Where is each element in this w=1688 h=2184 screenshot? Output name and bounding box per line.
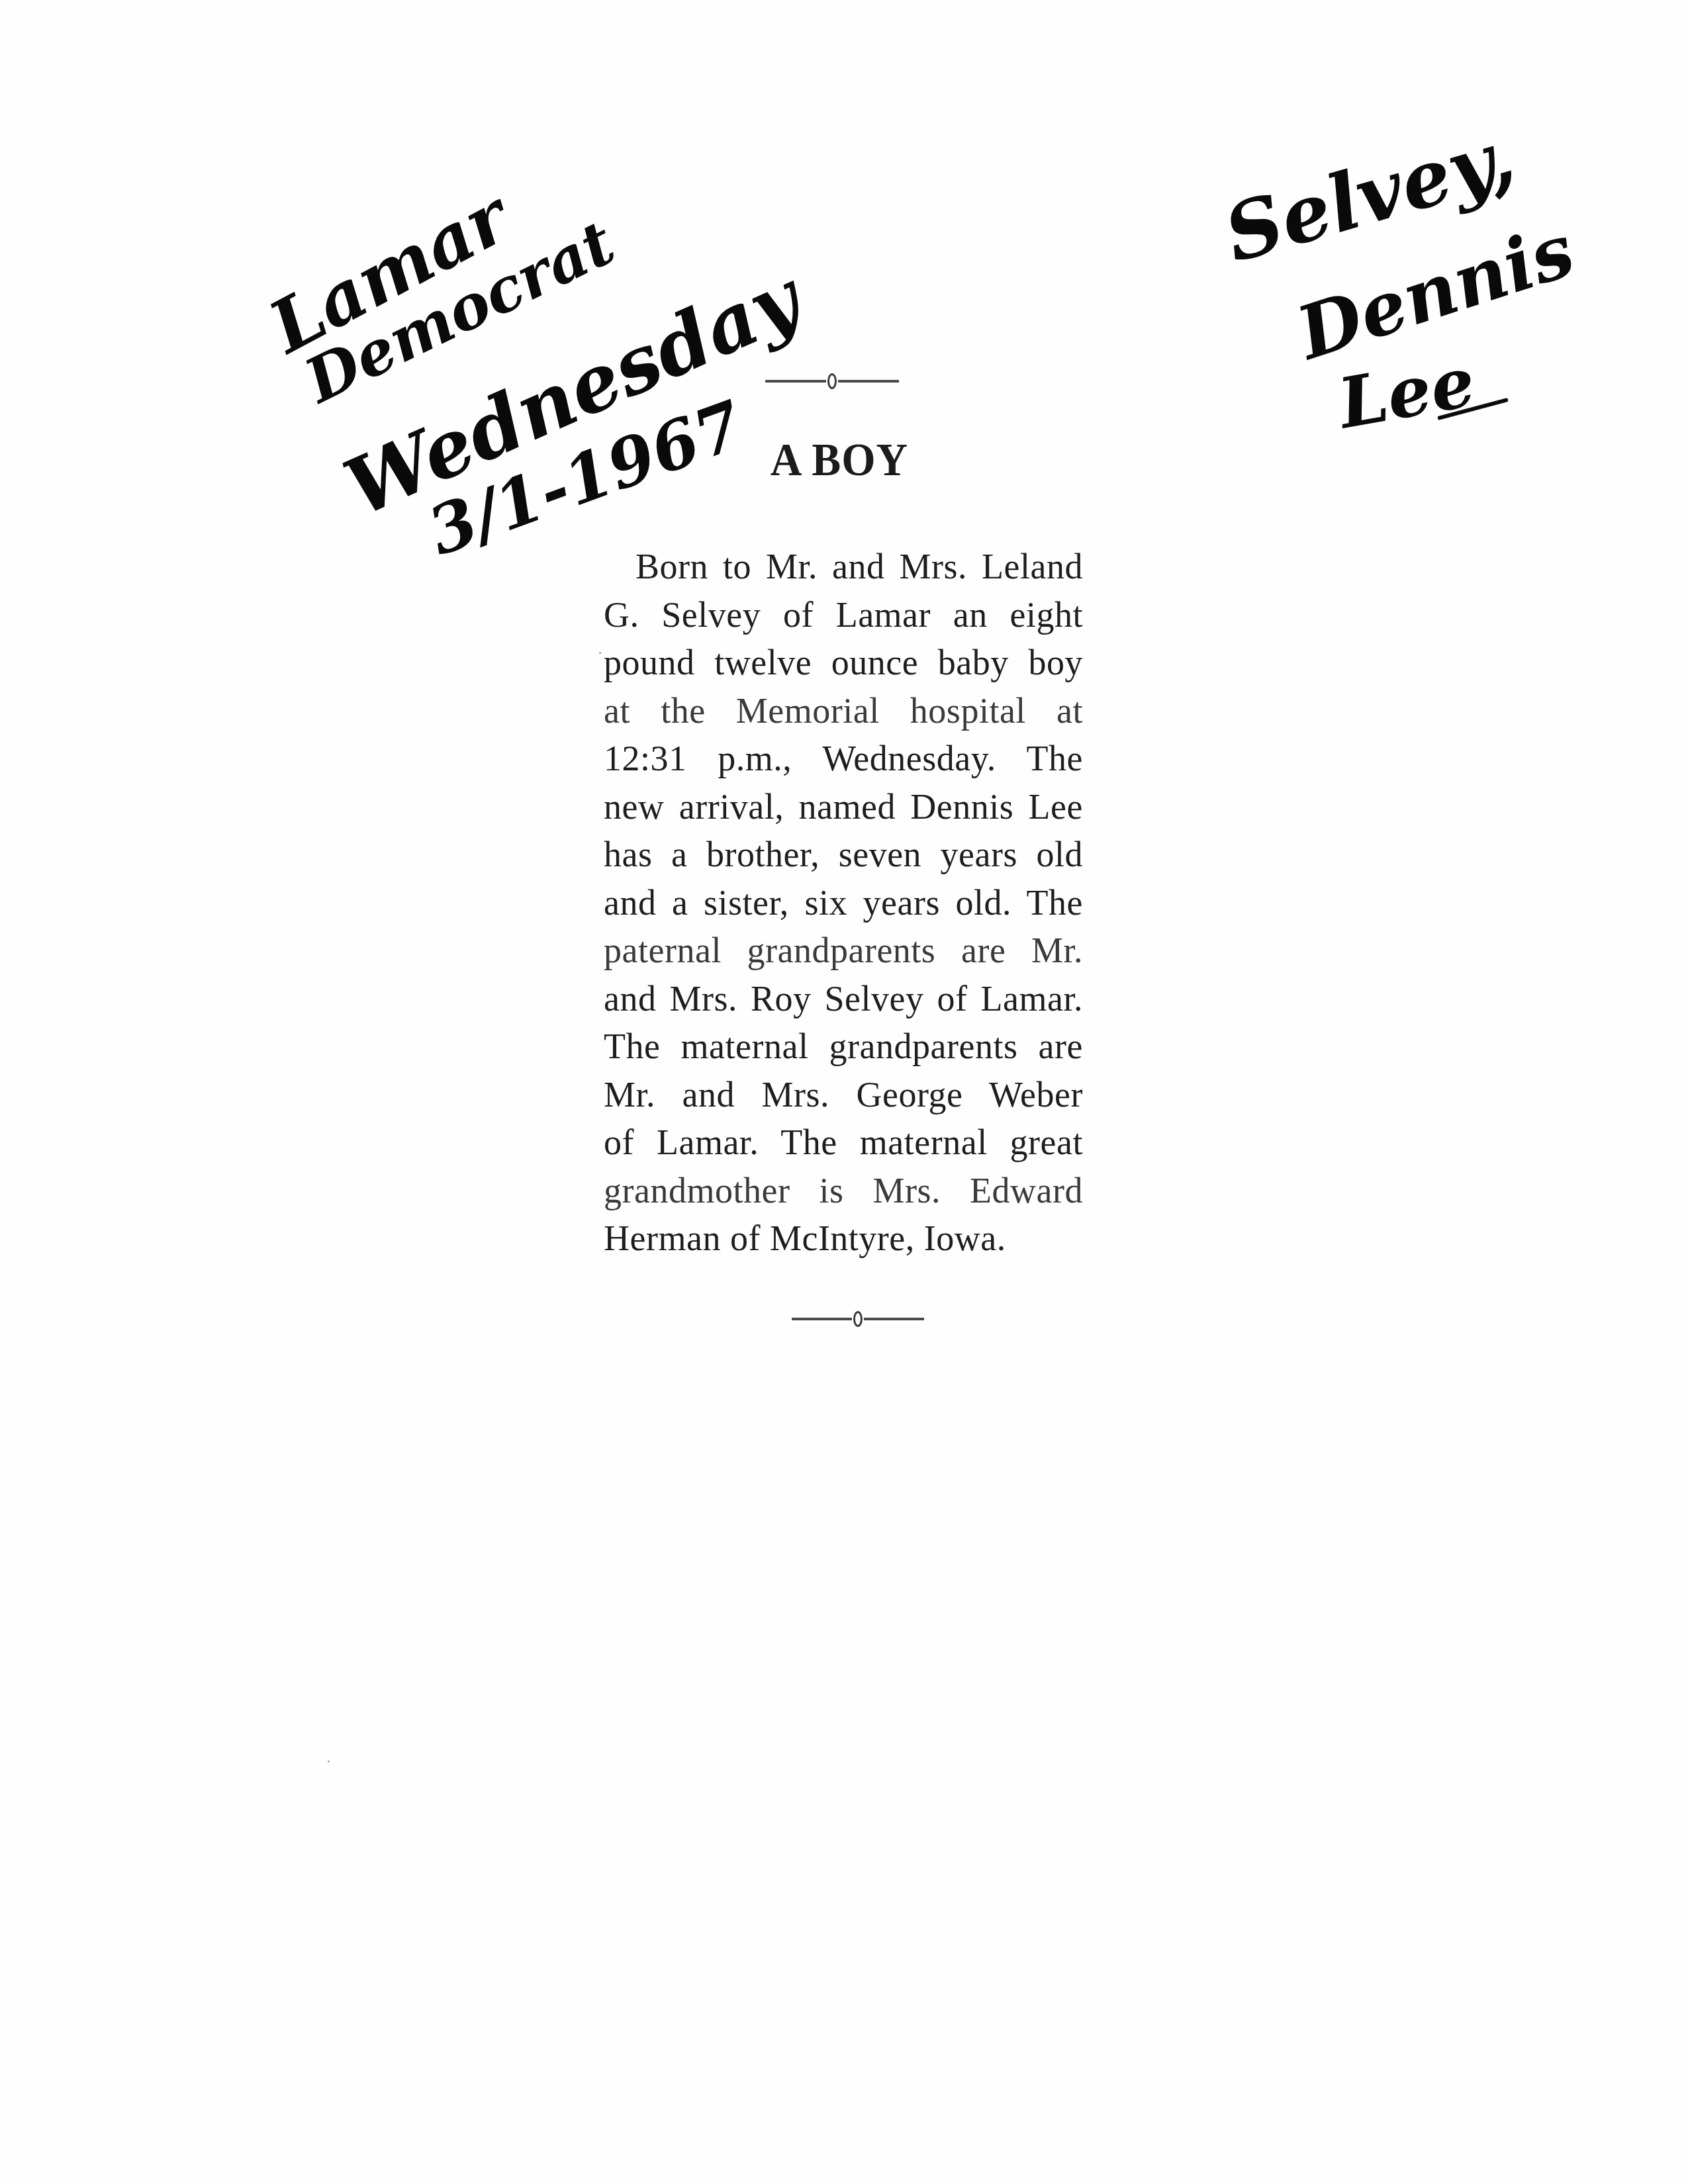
divider-rule [864,1318,924,1320]
body-line: new arrival, named Dennis Lee [604,783,1083,831]
body-line: Born to Mr. and Mrs. Leland [604,543,1083,591]
body-line: Herman of McIntyre, Iowa. [604,1214,1083,1263]
scanned-page: Lamar Democrat Wednesday 3/1-1967 Selvey… [0,0,1688,2184]
divider-rule [792,1318,852,1320]
scan-speck [599,652,601,654]
newspaper-clipping: A BOY Born to Mr. and Mrs. Leland G. Sel… [596,357,1099,1350]
body-line: paternal grandparents are Mr. [604,927,1083,975]
body-line: and Mrs. Roy Selvey of Lamar. [604,975,1083,1023]
body-line: Mr. and Mrs. George Weber [604,1071,1083,1119]
divider-rule [765,380,826,383]
body-line: has a brother, seven years old [604,831,1083,879]
body-line: and a sister, six years old. The [604,879,1083,927]
clipping-body: Born to Mr. and Mrs. Leland G. Selvey of… [604,543,1083,1263]
handwritten-middle-name: Lee [1334,347,1479,438]
divider-ring-icon [827,373,837,389]
divider-rule [838,380,899,383]
body-line: G. Selvey of Lamar an eight [604,591,1083,639]
body-line: at the Memorial hospital at [604,687,1083,735]
top-divider-ornament [765,373,899,390]
divider-ring-icon [853,1311,863,1327]
body-line: 12:31 p.m., Wednesday. The [604,735,1083,783]
body-line: pound twelve ounce baby boy [604,639,1083,687]
body-line: of Lamar. The maternal great [604,1118,1083,1167]
clipping-headline: A BOY [596,434,1071,487]
body-line: The maternal grandparents are [604,1023,1083,1071]
body-line: grandmother is Mrs. Edward [604,1167,1083,1215]
bottom-divider-ornament [792,1310,924,1328]
scan-speck [328,1760,330,1762]
